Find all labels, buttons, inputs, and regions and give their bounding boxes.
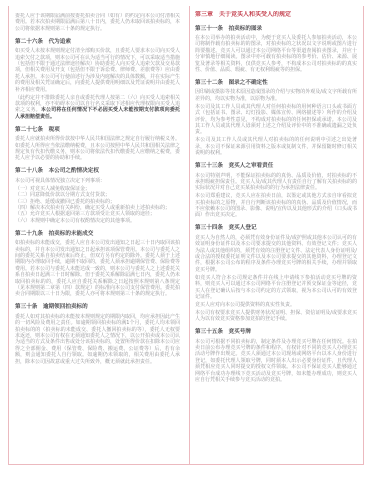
text-run: 第二十七条 税项 — [15, 127, 60, 133]
chapter-title: 第三章 关于竞买人和买受人的规定 — [195, 11, 357, 19]
text-run: 本公司及其工作人员或其代理人对任何拍卖标的用何种语言口头或书面方式（包括证书、图… — [195, 104, 357, 136]
text-run: 本公司郑重建议，竞买人应在拍卖日前，以鉴定或其他方式亲自审看拟竞买拍卖标的之原物… — [195, 193, 357, 218]
page-border-left — [8, 6, 9, 465]
text-run: （五）允许竞买人根据退回第三方款项受让竞买人领取的途径； — [15, 211, 155, 217]
text-run: 第三十二条 图录之不确定性 — [195, 80, 268, 86]
article-heading: 第三十五条 竞买号牌 — [195, 329, 357, 336]
text-run: （一）对竞买人减免收取保证金； — [15, 186, 90, 192]
left-column: 委托人应于该期限届满前按委托拍卖合同（如有）的约定向本公司付清相关费用。若本次拍… — [15, 13, 180, 461]
paragraph: 委托人应于该期限届满前按委托拍卖合同（如有）的约定向本公司付清相关费用。若本次拍… — [15, 13, 180, 32]
paragraph: 竞买人应对向本公司提供资料的真实性负责。 — [195, 302, 357, 308]
text-run: 委托人应于该期限届满前按委托拍卖合同（如有）的约定向本公司付清相关费用。若本次拍… — [15, 13, 180, 32]
text-run: 第三十一条 拍卖标的图录 — [195, 26, 262, 32]
paragraph: 因印刷或摄影等技术原因造成图录的介绍与实物的外观及/或文字所载有所差异的，均以实… — [195, 89, 357, 102]
paragraph: 在本公司举办的拍卖活动中，为便于竞买人及委托人参加拍卖活动，本公司将制作载有拍卖… — [195, 35, 357, 73]
paragraph: 如买受人未按本规则规定付清全部购买价款，且委托人要求本公司向买受人追索欠付之款项… — [15, 48, 180, 93]
article-heading: 第三十条 逾期领回拍卖标的 — [15, 304, 180, 311]
text-run: 第三十五条 竞买号牌 — [195, 329, 251, 335]
paragraph: 竞买人为自然人的，必须凭有效身份证件及/或护照或其他本公司认可的有效证明身份证件… — [195, 235, 357, 273]
page-border-right — [363, 6, 364, 465]
article-heading: 第三十一条 拍卖标的图录 — [195, 26, 357, 33]
text-run: 如竞买人符合本公司规定条件并在线上申请线下参拍活动竞买号牌的资料，则竞买人可以通… — [195, 275, 357, 300]
paragraph: 如竞买人符合本公司规定条件并在线上申请线下参拍活动竞买号牌的资料，则竞买人可以通… — [195, 275, 357, 301]
text-run: （二）同意降低价款以分期方式支付货款； — [15, 192, 110, 198]
text-run: 第三十四条 竞买人登记 — [195, 225, 257, 231]
paragraph: 本公司特别声明，不能保证拍卖标的的真伪、品质及价值，对拍卖标的不承担瑕疵担保责任… — [195, 173, 357, 192]
paragraph: 本公司郑重建议，竞买人应在拍卖日前，以鉴定或其他方式亲自审看拟竞买拍卖标的之原物… — [195, 193, 357, 219]
column-divider-line — [189, 6, 190, 465]
paragraph: 本公司可根据不同拍卖标的，制定条件及办理竞买号牌在任何情况。在拍卖日前公布办理竞… — [195, 339, 357, 384]
text-run: （六）本规则中确定本公司有权酌情决定的其他事项。 — [15, 218, 135, 224]
paragraph: 本公司有权要求竞买人提供财务状况证明、担保、资信证明及/或要求竞买人为以有效竞买… — [195, 310, 357, 323]
paragraph: 本公司可视具体情况独立决定下列事项： — [15, 178, 180, 184]
text-run: 第二十九条 拍卖标的未能成交 — [15, 231, 93, 237]
text-run: 本公司及其工作人员或其代理人对拍卖标的的任何说明中引述之出处著录，本公司不保证来… — [195, 137, 357, 156]
article-heading: 第三十四条 竞买人登记 — [195, 225, 357, 232]
text-run: 本公司特别声明，不能保证拍卖标的的真伪、品质及价值，对拍卖标的不承担瑕疵担保责任… — [195, 173, 357, 192]
article-heading: 第二十七条 税项 — [15, 127, 180, 134]
text-run: 本公司可根据不同拍卖标的，制定条件及办理竞买号牌在任何情况。在拍卖日前公布办理竞… — [195, 339, 357, 383]
article-heading: 第三十三条 竞买人之审看责任 — [195, 163, 357, 170]
paragraph: 如拍卖标的未能成交，委托人应自本公司发出通知之日起三十日内取回该拍卖标的，并自本… — [15, 240, 180, 298]
text-run: 本公司有权要求竞买人提供财务状况证明、担保、资信证明及/或要求竞买人为以有效竞买… — [195, 310, 357, 322]
paragraph: 本公司及其工作人员或其代理人对拍卖标的的任何说明中引述之出处著录，本公司不保证来… — [195, 137, 357, 156]
text-run: 委托人应就拍卖所得价款按中华人民共和国法律之规定自行履行纳税义务。如委托人所得应… — [15, 136, 180, 161]
list-item: （六）本规则中确定本公司有权酌情决定的其他事项。 — [15, 218, 180, 224]
article-heading: 第二十六条 代为追索 — [15, 39, 180, 46]
right-column: 第三章 关于竞买人和买受人的规定第三十一条 拍卖标的图录在本公司举办的拍卖活动中… — [195, 11, 357, 459]
text-run: 第二十八条 本公司之酌情决定权 — [15, 168, 99, 174]
text-run: 如拍卖标的未能成交，委托人应自本公司发出通知之日起三十日内取回该拍卖标的，并自本… — [15, 240, 180, 297]
text-run: 委托人如对其拍卖标的未能按本规则规定的期限内取回，均应承担因此产生的一切风险及费… — [15, 314, 180, 365]
text-run: 第三章 关于竞买人和买受人的规定 — [195, 11, 291, 18]
text-run: 因印刷或摄影等技术原因造成图录的介绍与实物的外观及/或文字所载有所差异的，均以实… — [195, 89, 357, 101]
paragraph: （此约定并不排除委托人亲自或委托代理人按第二（六）向买受人追索相关款项的权利，亦… — [15, 95, 180, 121]
paragraph: 委托人如对其拍卖标的未能按本规则规定的期限内取回，均应承担因此产生的一切风险及费… — [15, 314, 180, 365]
text-run: 在本公司举办的拍卖活动中，为便于竞买人及委托人参加拍卖活动，本公司将制作载有拍卖… — [195, 35, 357, 73]
text-run: 竞买人应对向本公司提供资料的真实性负责。 — [195, 302, 295, 308]
paragraph: 委托人应就拍卖所得价款按中华人民共和国法律之规定自行履行纳税义务。如委托人所得应… — [15, 136, 180, 162]
text-run: 本公司可视具体情况独立决定下列事项： — [15, 178, 105, 184]
article-heading: 第二十八条 本公司之酌情决定权 — [15, 168, 180, 175]
text-run: 第二十六条 代为追索 — [15, 39, 71, 45]
article-heading: 第三十二条 图录之不确定性 — [195, 80, 357, 87]
page-border-bottom — [8, 464, 364, 465]
paragraph: 本公司及其工作人员或其代理人对任何拍卖标的用何种语言口头或书面方式（包括证书、图… — [195, 104, 357, 136]
article-heading: 第二十九条 拍卖标的未能成交 — [15, 231, 180, 238]
text-run: 第三十三条 竞买人之审看责任 — [195, 163, 273, 169]
text-run: （三）拒绝、延缓或撤回已委托的拍卖标的； — [15, 199, 115, 205]
text-run: 第三十条 逾期领回拍卖标的 — [15, 304, 88, 310]
text-run: 竞买人为自然人的，必须凭有效身份证件及/或护照或其他本公司认可的有效证明身份证件… — [195, 235, 357, 273]
document-page: 委托人应于该期限届满前按委托拍卖合同（如有）的约定向本公司付清相关费用。若本次拍… — [0, 0, 373, 480]
text-run: 如买受人未按本规则规定付清全部购买价款，且委托人要求本公司向买受人追索欠付之款项… — [15, 48, 180, 92]
